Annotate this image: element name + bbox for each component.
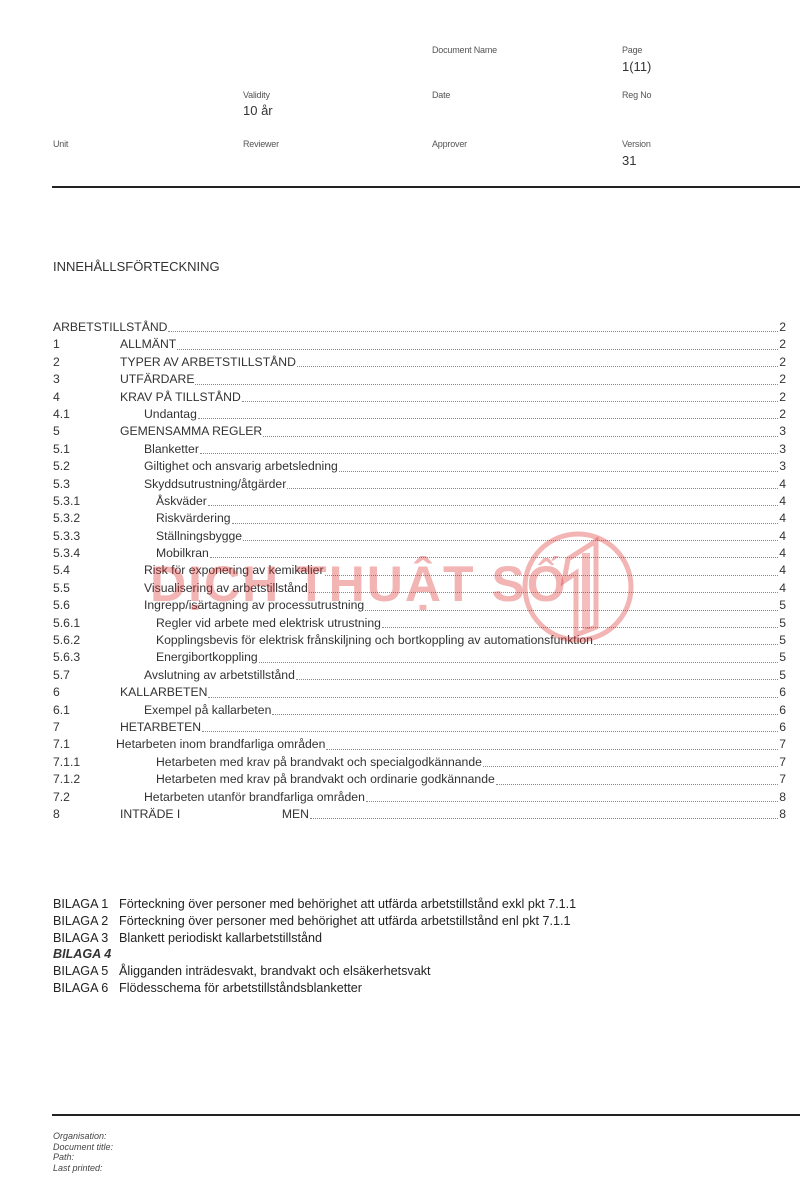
toc-entry[interactable]: 2TYPER AV ARBETSTILLSTÅND2: [53, 354, 786, 371]
appendix-list: BILAGA 1Förteckning över personer med be…: [53, 896, 576, 997]
version-label: Version: [622, 139, 651, 149]
toc-entry-number: 2: [53, 354, 60, 371]
appendix-item: BILAGA 2Förteckning över personer med be…: [53, 913, 576, 930]
toc-entry-page: 5: [779, 632, 786, 649]
toc-entry[interactable]: 5.5Visualisering av arbetstillstånd4: [53, 580, 786, 597]
toc-entry-number: 5.5: [53, 580, 70, 597]
toc-entry-page: 4: [779, 562, 786, 579]
toc-entry-title: Kopplingsbevis för elektrisk frånskiljni…: [156, 632, 593, 649]
toc-entry-number: 5.6.2: [53, 632, 80, 649]
toc-entry[interactable]: 4KRAV PÅ TILLSTÅND2: [53, 389, 786, 406]
toc-entry-number: 5.3: [53, 476, 70, 493]
appendix-label: BILAGA 2: [53, 913, 119, 930]
last-printed-label: Last printed:: [53, 1163, 113, 1174]
toc-leader-dots: [297, 365, 778, 367]
toc-entry-title: UTFÄRDARE: [120, 371, 194, 388]
toc-entry-page: 6: [779, 702, 786, 719]
page-label: Page: [622, 45, 642, 55]
toc-entry[interactable]: 5.1Blanketter3: [53, 441, 786, 458]
toc-entry-page: 8: [779, 789, 786, 806]
toc-leader-dots: [243, 539, 778, 541]
reviewer-label: Reviewer: [243, 139, 279, 149]
toc-entry-title: INTRÄDE I MEN: [120, 806, 309, 823]
toc-entry[interactable]: 5.6.2Kopplingsbevis för elektrisk frånsk…: [53, 632, 786, 649]
toc-entry-number: 6.1: [53, 702, 70, 719]
toc-entry[interactable]: 7.2Hetarbeten utanför brandfarliga områd…: [53, 789, 786, 806]
reg-no-label: Reg No: [622, 90, 651, 100]
toc-leader-dots: [200, 452, 778, 454]
toc-leader-dots: [232, 522, 779, 524]
toc-entry-title: Riskvärdering: [156, 510, 231, 527]
toc-entry-number: 5.6.3: [53, 649, 80, 666]
toc-leader-dots: [339, 470, 778, 472]
toc-leader-dots: [496, 783, 778, 785]
footer-divider: [52, 1114, 800, 1116]
toc-entry-number: 5.3.2: [53, 510, 80, 527]
organisation-label: Organisation:: [53, 1131, 113, 1142]
appendix-label: BILAGA 6: [53, 980, 119, 997]
toc-leader-dots: [325, 574, 779, 576]
toc-entry[interactable]: 5.6Ingrepp/isärtagning av processutrustn…: [53, 597, 786, 614]
toc-entry-number: 5.6.1: [53, 615, 80, 632]
toc-entry[interactable]: ARBETSTILLSTÅND2: [53, 319, 786, 336]
toc-entry[interactable]: 7HETARBETEN6: [53, 719, 786, 736]
toc-entry-number: 5.2: [53, 458, 70, 475]
toc-entry-page: 5: [779, 597, 786, 614]
toc-leader-dots: [309, 591, 779, 593]
toc-entry-number: 8: [53, 806, 60, 823]
toc-entry[interactable]: 5.2Giltighet och ansvarig arbetsledning3: [53, 458, 786, 475]
toc-entry[interactable]: 6KALLARBETEN6: [53, 684, 786, 701]
toc-entry-number: 7.1.1: [53, 754, 80, 771]
toc-entry-page: 2: [779, 336, 786, 353]
appendix-item: BILAGA 6Flödesschema för arbetstillstånd…: [53, 980, 576, 997]
document-name-label: Document Name: [432, 45, 497, 55]
appendix-label: BILAGA 5: [53, 963, 119, 980]
toc-entry-page: 5: [779, 615, 786, 632]
toc-entry-title: Risk för exponering av kemikalier: [144, 562, 324, 579]
toc-entry[interactable]: 5.3.2Riskvärdering4: [53, 510, 786, 527]
footer: Organisation: Document title: Path: Last…: [53, 1131, 113, 1173]
toc-entry-page: 8: [779, 806, 786, 823]
toc-entry[interactable]: 5.6.3Energibortkoppling5: [53, 649, 786, 666]
toc-entry-number: 5.3.1: [53, 493, 80, 510]
toc-entry-title: ARBETSTILLSTÅND: [53, 319, 167, 336]
toc-entry[interactable]: 8INTRÄDE I MEN8: [53, 806, 786, 823]
toc-entry-number: 3: [53, 371, 60, 388]
unit-label: Unit: [53, 139, 68, 149]
toc-entry-page: 3: [779, 458, 786, 475]
toc-entry-page: 6: [779, 684, 786, 701]
toc-entry[interactable]: 7.1.2Hetarbeten med krav på brandvakt oc…: [53, 771, 786, 788]
appendix-title: Förteckning över personer med behörighet…: [119, 897, 576, 911]
toc-entry-page: 4: [779, 545, 786, 562]
toc-entry-page: 4: [779, 493, 786, 510]
toc-leader-dots: [365, 609, 778, 611]
toc-leader-dots: [594, 643, 778, 645]
toc-entry-title: KALLARBETEN: [120, 684, 207, 701]
toc-entry-title: ALLMÄNT: [120, 336, 176, 353]
page-value: 1(11): [622, 59, 651, 74]
toc-entry-title: GEMENSAMMA REGLER: [120, 423, 262, 440]
toc-entry-page: 3: [779, 441, 786, 458]
validity-value: 10 år: [243, 103, 273, 118]
toc-entry-title: Blanketter: [144, 441, 199, 458]
toc-entry[interactable]: 1ALLMÄNT2: [53, 336, 786, 353]
toc-entry-title: Hetarbeten utanför brandfarliga områden: [144, 789, 365, 806]
toc-entry-page: 4: [779, 528, 786, 545]
toc-entry[interactable]: 5.6.1Regler vid arbete med elektrisk utr…: [53, 615, 786, 632]
toc-entry-page: 7: [779, 771, 786, 788]
toc-entry-number: 7.2: [53, 789, 70, 806]
toc-entry[interactable]: 5GEMENSAMMA REGLER3: [53, 423, 786, 440]
toc-leader-dots: [259, 661, 779, 663]
appendix-item: BILAGA 4: [53, 946, 576, 963]
toc-leader-dots: [382, 626, 778, 628]
toc-leader-dots: [198, 417, 778, 419]
toc-leader-dots: [483, 765, 778, 767]
version-value: 31: [622, 153, 636, 168]
toc-entry-number: 5.4: [53, 562, 70, 579]
toc-entry-number: 5.1: [53, 441, 70, 458]
toc-leader-dots: [168, 330, 778, 332]
appendix-title: Åligganden inträdesvakt, brandvakt och e…: [119, 964, 431, 978]
toc-entry-page: 4: [779, 510, 786, 527]
toc-entry-title: Hetarbeten inom brandfarliga områden: [116, 736, 325, 753]
toc-leader-dots: [208, 504, 778, 506]
toc-entry[interactable]: 5.3.4Mobilkran4: [53, 545, 786, 562]
appendix-label: BILAGA 1: [53, 896, 119, 913]
path-label: Path:: [53, 1152, 113, 1163]
toc-leader-dots: [326, 748, 778, 750]
toc-entry-number: 5.6: [53, 597, 70, 614]
toc-entry-title: Energibortkoppling: [156, 649, 258, 666]
approver-label: Approver: [432, 139, 467, 149]
toc-leader-dots: [210, 556, 778, 558]
appendix-title: Flödesschema för arbetstillståndsblanket…: [119, 981, 362, 995]
validity-label: Validity: [243, 90, 270, 100]
toc-leader-dots: [310, 817, 778, 819]
toc-entry-page: 5: [779, 649, 786, 666]
toc-entry-title: Hetarbeten med krav på brandvakt och spe…: [156, 754, 482, 771]
date-label: Date: [432, 90, 450, 100]
toc-entry-number: 5: [53, 423, 60, 440]
toc-entry-title: Ställningsbygge: [156, 528, 242, 545]
toc-entry-number: 7.1.2: [53, 771, 80, 788]
toc-entry-title: Åskväder: [156, 493, 207, 510]
header-divider: [52, 186, 800, 188]
toc-leader-dots: [366, 800, 778, 802]
toc-entry-title: HETARBETEN: [120, 719, 201, 736]
toc-entry-title: Regler vid arbete med elektrisk utrustni…: [156, 615, 381, 632]
toc-entry[interactable]: 5.4Risk för exponering av kemikalier4: [53, 562, 786, 579]
toc-entry[interactable]: 3UTFÄRDARE2: [53, 371, 786, 388]
toc-entry-page: 5: [779, 667, 786, 684]
toc-entry-title: Avslutning av arbetstillstånd: [144, 667, 295, 684]
appendix-label: BILAGA 4: [53, 946, 119, 963]
appendix-item: BILAGA 1Förteckning över personer med be…: [53, 896, 576, 913]
toc-entry-page: 2: [779, 319, 786, 336]
toc-title: INNEHÅLLSFÖRTECKNING: [53, 259, 220, 274]
toc-entry[interactable]: 6.1Exempel på kallarbeten6: [53, 702, 786, 719]
toc-entry-title: Skyddsutrustning/åtgärder: [144, 476, 286, 493]
toc-entry-page: 4: [779, 476, 786, 493]
toc-entry[interactable]: 5.3Skyddsutrustning/åtgärder4: [53, 476, 786, 493]
toc-entry-page: 6: [779, 719, 786, 736]
toc-entry-number: 4: [53, 389, 60, 406]
table-of-contents: ARBETSTILLSTÅND21ALLMÄNT22TYPER AV ARBET…: [53, 319, 786, 823]
toc-entry[interactable]: 7.1Hetarbeten inom brandfarliga områden7: [53, 736, 786, 753]
toc-entry-title: Hetarbeten med krav på brandvakt och ord…: [156, 771, 495, 788]
toc-entry-title: Exempel på kallarbeten: [144, 702, 271, 719]
toc-leader-dots: [208, 696, 778, 698]
toc-entry-number: 6: [53, 684, 60, 701]
toc-entry-page: 7: [779, 736, 786, 753]
toc-entry[interactable]: 7.1.1Hetarbeten med krav på brandvakt oc…: [53, 754, 786, 771]
toc-entry-page: 4: [779, 580, 786, 597]
toc-entry[interactable]: 5.7Avslutning av arbetstillstånd5: [53, 667, 786, 684]
appendix-title: Blankett periodiskt kallarbetstillstånd: [119, 931, 322, 945]
toc-leader-dots: [263, 435, 778, 437]
toc-entry-page: 2: [779, 354, 786, 371]
toc-entry-title: Giltighet och ansvarig arbetsledning: [144, 458, 338, 475]
toc-leader-dots: [202, 730, 778, 732]
toc-entry-number: 4.1: [53, 406, 70, 423]
toc-entry-title: Visualisering av arbetstillstånd: [144, 580, 308, 597]
toc-entry-number: 5.7: [53, 667, 70, 684]
toc-entry-title: Mobilkran: [156, 545, 209, 562]
toc-entry[interactable]: 5.3.1Åskväder4: [53, 493, 786, 510]
toc-leader-dots: [195, 383, 778, 385]
toc-entry-page: 3: [779, 423, 786, 440]
toc-entry-title: Undantag: [144, 406, 197, 423]
toc-entry-page: 7: [779, 754, 786, 771]
document-title-label: Document title:: [53, 1142, 113, 1153]
toc-entry-page: 2: [779, 406, 786, 423]
appendix-item: BILAGA 5Åligganden inträdesvakt, brandva…: [53, 963, 576, 980]
toc-leader-dots: [296, 678, 778, 680]
toc-entry-title: Ingrepp/isärtagning av processutrustning: [144, 597, 364, 614]
appendix-title: Förteckning över personer med behörighet…: [119, 914, 571, 928]
toc-entry-number: 5.3.4: [53, 545, 80, 562]
toc-entry-number: 1: [53, 336, 60, 353]
toc-entry-number: 5.3.3: [53, 528, 80, 545]
appendix-item: BILAGA 3Blankett periodiskt kallarbetsti…: [53, 930, 576, 947]
toc-entry-page: 2: [779, 389, 786, 406]
toc-entry[interactable]: 4.1Undantag2: [53, 406, 786, 423]
toc-leader-dots: [287, 487, 778, 489]
toc-leader-dots: [242, 400, 778, 402]
toc-leader-dots: [177, 348, 778, 350]
toc-entry-number: 7: [53, 719, 60, 736]
toc-entry-number: 7.1: [53, 736, 70, 753]
toc-entry-title: KRAV PÅ TILLSTÅND: [120, 389, 241, 406]
toc-entry-page: 2: [779, 371, 786, 388]
appendix-label: BILAGA 3: [53, 930, 119, 947]
toc-entry[interactable]: 5.3.3Ställningsbygge4: [53, 528, 786, 545]
toc-leader-dots: [272, 713, 778, 715]
toc-entry-title: TYPER AV ARBETSTILLSTÅND: [120, 354, 296, 371]
